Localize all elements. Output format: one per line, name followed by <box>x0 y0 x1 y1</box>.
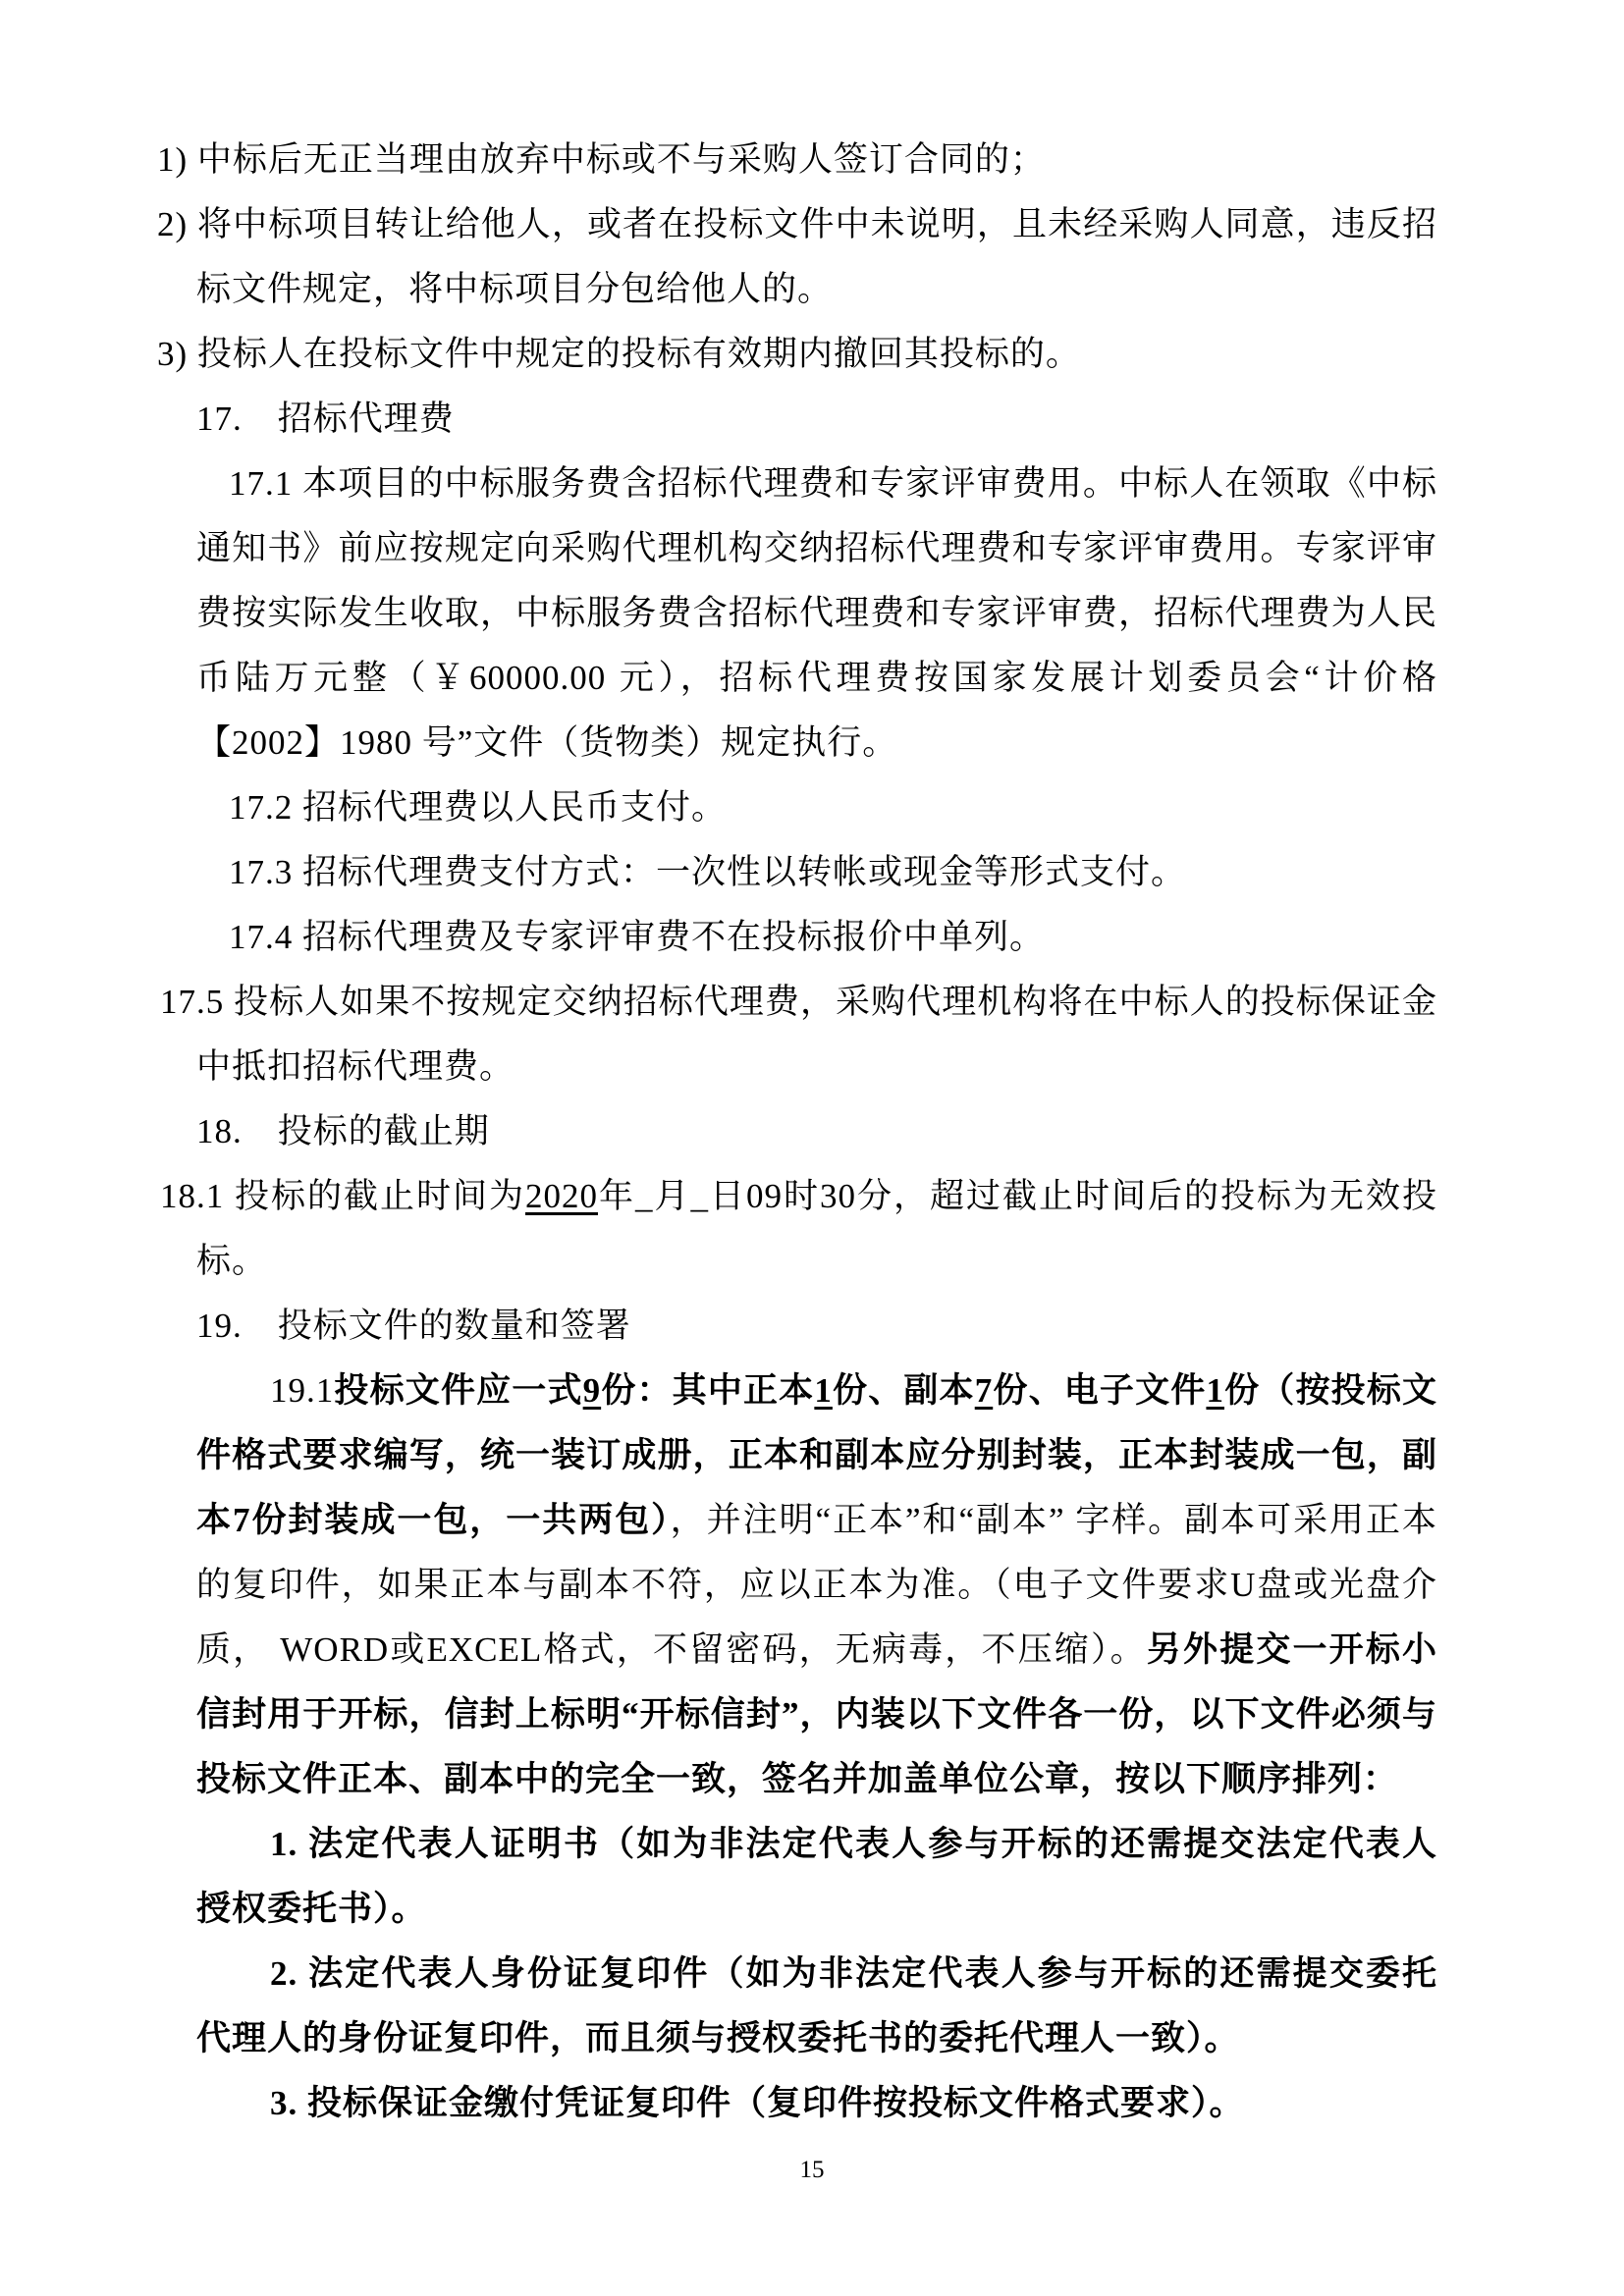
paragraph: 19.1投标文件应一式9份：其中正本1份、副本7份、电子文件1份（按投标文件格式… <box>196 1359 1437 1812</box>
paragraph: 17.2 招标代理费以人民币支付。 <box>196 775 1437 840</box>
text-run: 份：其中正本 <box>601 1371 814 1410</box>
text-run: 17.4 招标代理费及专家评审费不在投标报价中单列。 <box>229 918 1045 956</box>
paragraph: 17.3 招标代理费支付方式：一次性以转帐或现金等形式支付。 <box>196 840 1437 905</box>
text-run: 1 <box>1206 1371 1224 1410</box>
document-page: 1) 中标后无正当理由放弃中标或不与采购人签订合同的；2) 将中标项目转让给他人… <box>0 0 1624 2296</box>
text-run: 17.3 招标代理费支付方式：一次性以转帐或现金等形式支付。 <box>229 853 1186 891</box>
text-run: 3) 投标人在投标文件中规定的投标有效期内撤回其投标的。 <box>157 335 1081 373</box>
paragraph: 18. 投标的截止期 <box>196 1099 1437 1164</box>
text-run: 2020 <box>525 1177 598 1215</box>
text-run: 2. 法定代表人身份证复印件（如为非法定代表人参与开标的还需提交委托代理人的身份… <box>196 1954 1437 2057</box>
text-run: 份、电子文件 <box>993 1371 1206 1410</box>
text-run: 18.1 投标的截止时间为 <box>160 1177 525 1215</box>
text-run: 17.5 投标人如果不按规定交纳招标代理费，采购代理机构将在中标人的投标保证金中… <box>160 983 1437 1086</box>
paragraph: 1. 法定代表人证明书（如为非法定代表人参与开标的还需提交法定代表人授权委托书）… <box>196 1812 1437 1942</box>
text-run: 3. 投标保证金缴付凭证复印件（复印件按投标文件格式要求）。 <box>270 2084 1245 2122</box>
paragraph: 17.1 本项目的中标服务费含招标代理费和专家评审费用。中标人在领取《中标通知书… <box>196 452 1437 775</box>
paragraph: 17. 招标代理费 <box>196 387 1437 452</box>
text-run: 17.2 招标代理费以人民币支付。 <box>229 788 727 827</box>
text-run: 19. 投标文件的数量和签署 <box>196 1307 631 1345</box>
text-run: 17. 招标代理费 <box>196 400 455 438</box>
paragraph: 17.4 招标代理费及专家评审费不在投标报价中单列。 <box>196 905 1437 970</box>
document-body: 1) 中标后无正当理由放弃中标或不与采购人签订合同的；2) 将中标项目转让给他人… <box>196 128 1437 2136</box>
page-number: 15 <box>0 2156 1624 2185</box>
text-run: 7 <box>975 1371 994 1410</box>
text-run: 19.1 <box>270 1371 334 1410</box>
paragraph: 2) 将中标项目转让给他人，或者在投标文件中未说明，且未经采购人同意，违反招标文… <box>196 192 1437 322</box>
text-run: 18. 投标的截止期 <box>196 1112 490 1150</box>
text-run: 2) 将中标项目转让给他人，或者在投标文件中未说明，且未经采购人同意，违反招标文… <box>157 205 1437 308</box>
text-run: 投标文件应一式 <box>334 1371 582 1410</box>
text-run: 份、副本 <box>833 1371 975 1410</box>
paragraph: 3) 投标人在投标文件中规定的投标有效期内撤回其投标的。 <box>196 322 1437 387</box>
text-run: 1) 中标后无正当理由放弃中标或不与采购人签订合同的； <box>157 140 1046 179</box>
text-run: 1. 法定代表人证明书（如为非法定代表人参与开标的还需提交法定代表人授权委托书）… <box>196 1825 1437 1928</box>
paragraph: 17.5 投标人如果不按规定交纳招标代理费，采购代理机构将在中标人的投标保证金中… <box>196 970 1437 1099</box>
text-run: 1 <box>814 1371 833 1410</box>
paragraph: 1) 中标后无正当理由放弃中标或不与采购人签订合同的； <box>196 128 1437 192</box>
text-run: 9 <box>583 1371 602 1410</box>
paragraph: 2. 法定代表人身份证复印件（如为非法定代表人参与开标的还需提交委托代理人的身份… <box>196 1942 1437 2071</box>
text-run: 17.1 本项目的中标服务费含招标代理费和专家评审费用。中标人在领取《中标通知书… <box>196 464 1437 762</box>
paragraph: 19. 投标文件的数量和签署 <box>196 1294 1437 1359</box>
paragraph: 3. 投标保证金缴付凭证复印件（复印件按投标文件格式要求）。 <box>196 2071 1437 2136</box>
paragraph: 18.1 投标的截止时间为2020年_月_日09时30分，超过截止时间后的投标为… <box>196 1164 1437 1294</box>
